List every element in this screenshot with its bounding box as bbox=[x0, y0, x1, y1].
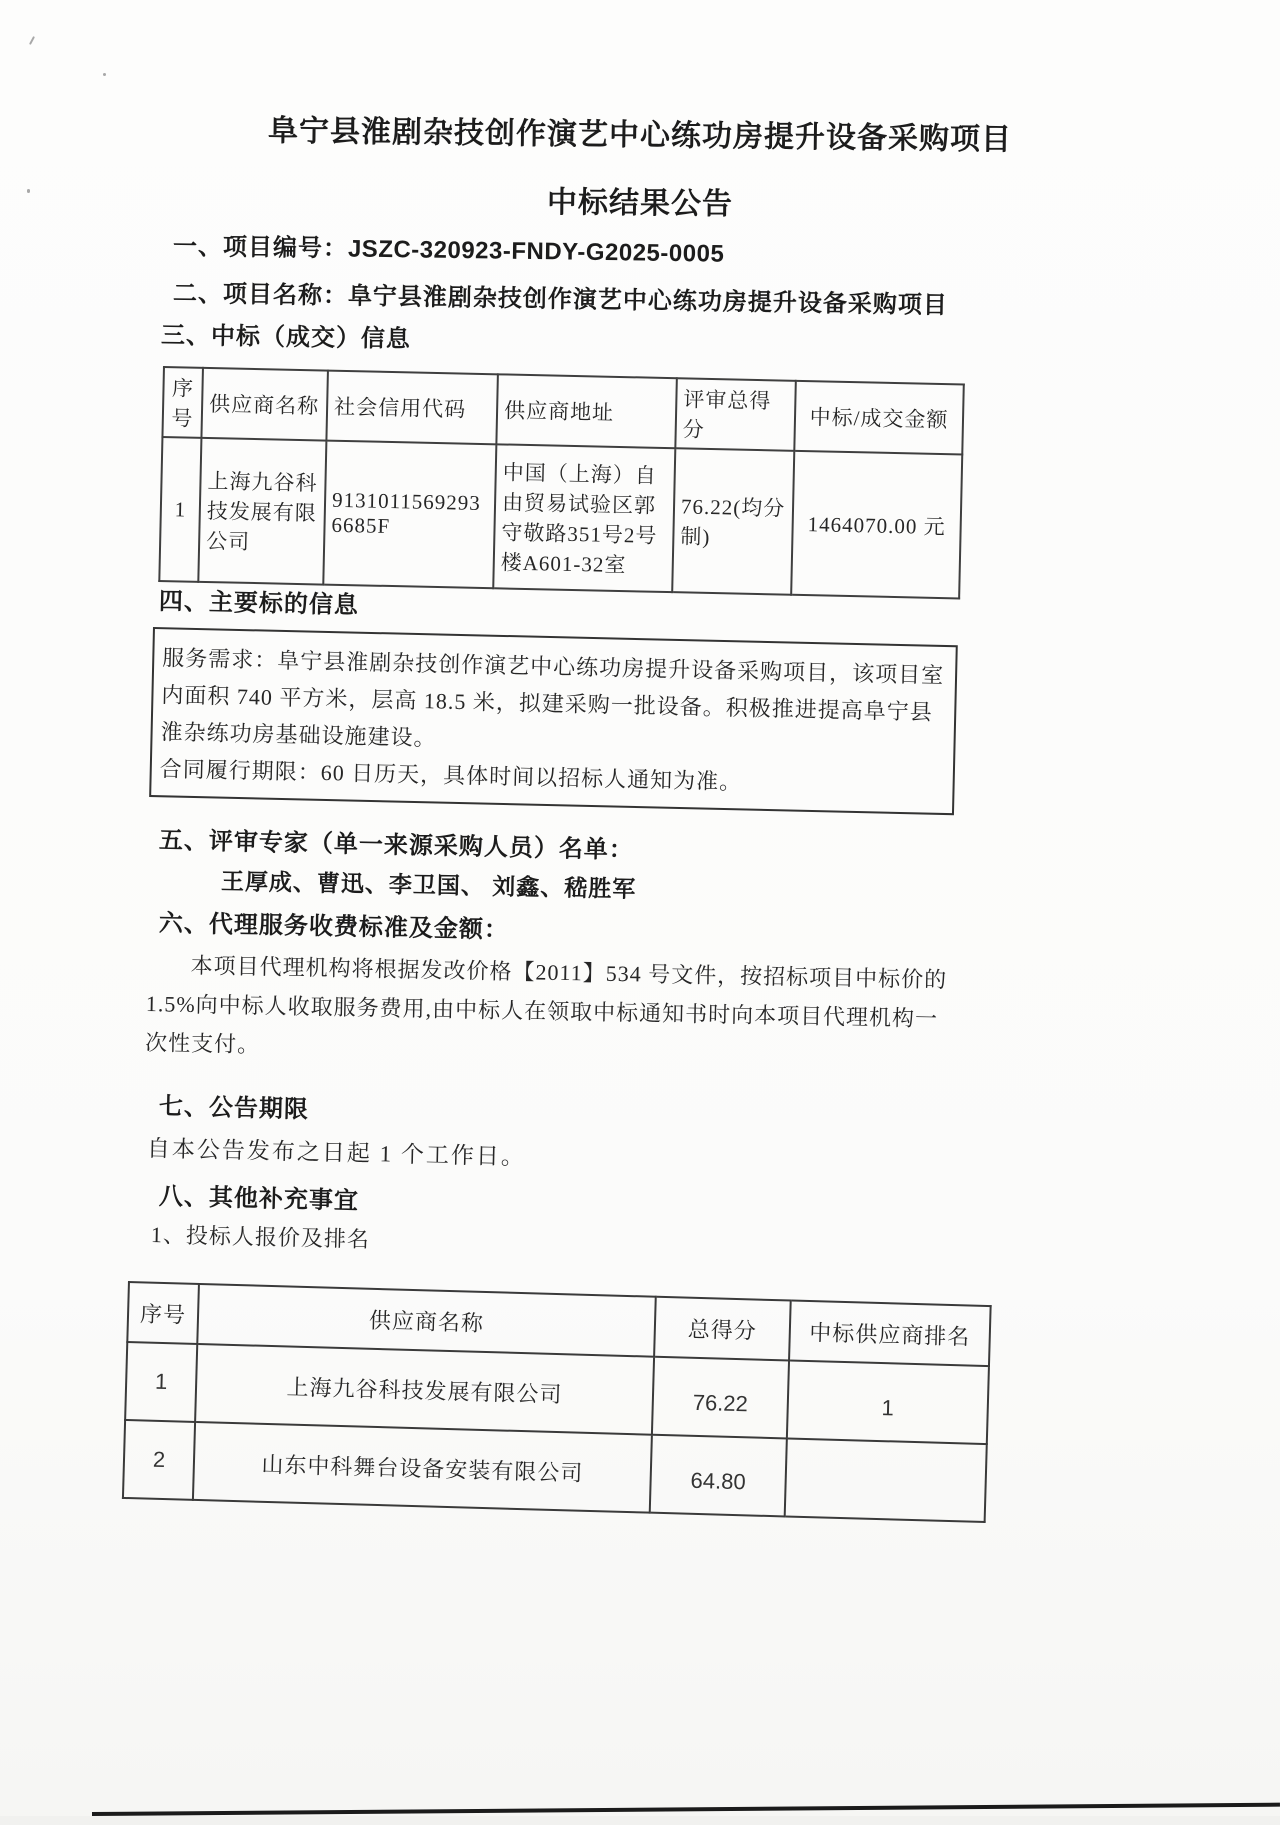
rcell-rank bbox=[785, 1438, 987, 1522]
rcol-header-rank: 中标供应商排名 bbox=[789, 1301, 991, 1367]
section-subject-heading: 四、主要标的信息 bbox=[159, 581, 360, 620]
announcement-period-body: 自本公告发布之日起 1 个工作日。 bbox=[147, 1130, 527, 1172]
bidder-ranking-table: 序号 供应商名称 总得分 中标供应商排名 1 上海九谷科技发展有限公司 76.2… bbox=[122, 1281, 992, 1523]
section-period-heading: 七、公告期限 bbox=[159, 1086, 310, 1124]
page-subtitle: 中标结果公告 bbox=[0, 171, 1280, 228]
section-other-heading: 八、其他补充事宜 bbox=[159, 1176, 360, 1216]
cell-no: 1 bbox=[159, 437, 201, 582]
rcell-no: 2 bbox=[123, 1420, 195, 1500]
rcell-score: 64.80 bbox=[650, 1435, 787, 1517]
cell-supplier: 上海九谷科技发展有限公司 bbox=[198, 438, 326, 585]
cell-credit-code: 91310115692936685F bbox=[323, 441, 496, 589]
award-info-table: 序号 供应商名称 社会信用代码 供应商地址 评审总得分 中标/成交金额 1 上海… bbox=[158, 366, 965, 599]
scan-edge-area bbox=[0, 1816, 1280, 1825]
col-header-address: 供应商地址 bbox=[496, 374, 676, 448]
col-header-supplier: 供应商名称 bbox=[201, 368, 327, 441]
section-project-number: 一、项目编号：JSZC-320923-FNDY-G2025-0005 bbox=[173, 226, 725, 269]
experts-name-list: 王厚成、曹迅、李卫国、 刘鑫、嵇胜军 bbox=[221, 863, 637, 904]
rcell-score: 76.22 bbox=[652, 1357, 789, 1439]
scan-artifact bbox=[29, 36, 35, 45]
agency-fee-body: 本项目代理机构将根据发改价格【2011】534 号文件，按招标项目中标价的1.5… bbox=[145, 945, 949, 1077]
service-requirement-text: 服务需求：阜宁县淮剧杂技创作演艺中心练功房提升设备采购项目，该项目室内面积 74… bbox=[160, 639, 945, 768]
scan-edge-line bbox=[92, 1803, 1280, 1816]
cell-score: 76.22(均分制) bbox=[672, 448, 794, 595]
project-name-label: 二、项目名称： bbox=[173, 280, 348, 310]
project-number-value: JSZC-320923-FNDY-G2025-0005 bbox=[348, 235, 725, 267]
rcell-supplier: 上海九谷科技发展有限公司 bbox=[195, 1344, 654, 1435]
project-number-label: 一、项目编号： bbox=[173, 233, 348, 262]
section-award-info-heading: 三、中标（成交）信息 bbox=[161, 315, 412, 354]
page-title: 阜宁县淮剧杂技创作演艺中心练功房提升设备采购项目 bbox=[0, 102, 1280, 162]
document-page: 阜宁县淮剧杂技创作演艺中心练功房提升设备采购项目 中标结果公告 一、项目编号：J… bbox=[0, 0, 1280, 1825]
rcol-header-no: 序号 bbox=[127, 1282, 199, 1344]
section-experts-heading: 五、评审专家（单一来源采购人员）名单： bbox=[159, 820, 635, 865]
scan-artifact bbox=[103, 73, 106, 76]
cell-address: 中国（上海）自由贸易试验区郭守敬路351号2号楼A601-32室 bbox=[493, 444, 675, 592]
project-name-value: 阜宁县淮剧杂技创作演艺中心练功房提升设备采购项目 bbox=[348, 283, 948, 319]
subject-info-box: 服务需求：阜宁县淮剧杂技创作演艺中心练功房提升设备采购项目，该项目室内面积 74… bbox=[149, 627, 958, 815]
cell-amount: 1464070.00 元 bbox=[791, 451, 962, 599]
award-table-row: 1 上海九谷科技发展有限公司 91310115692936685F 中国（上海）… bbox=[159, 437, 962, 598]
rcell-rank: 1 bbox=[787, 1360, 989, 1444]
section-project-name: 二、项目名称：阜宁县淮剧杂技创作演艺中心练功房提升设备采购项目 bbox=[173, 273, 948, 320]
rcol-header-score: 总得分 bbox=[654, 1297, 791, 1361]
col-header-amount: 中标/成交金额 bbox=[794, 381, 963, 455]
rcell-supplier: 山东中科舞台设备安装有限公司 bbox=[193, 1422, 652, 1513]
col-header-credit-code: 社会信用代码 bbox=[326, 371, 497, 445]
col-header-score: 评审总得分 bbox=[675, 378, 795, 451]
rcell-no: 1 bbox=[125, 1342, 197, 1422]
ranking-subheading: 1、投标人报价及排名 bbox=[151, 1218, 371, 1254]
col-header-no: 序号 bbox=[162, 367, 203, 438]
section-agency-fee-heading: 六、代理服务收费标准及金额： bbox=[159, 903, 510, 945]
